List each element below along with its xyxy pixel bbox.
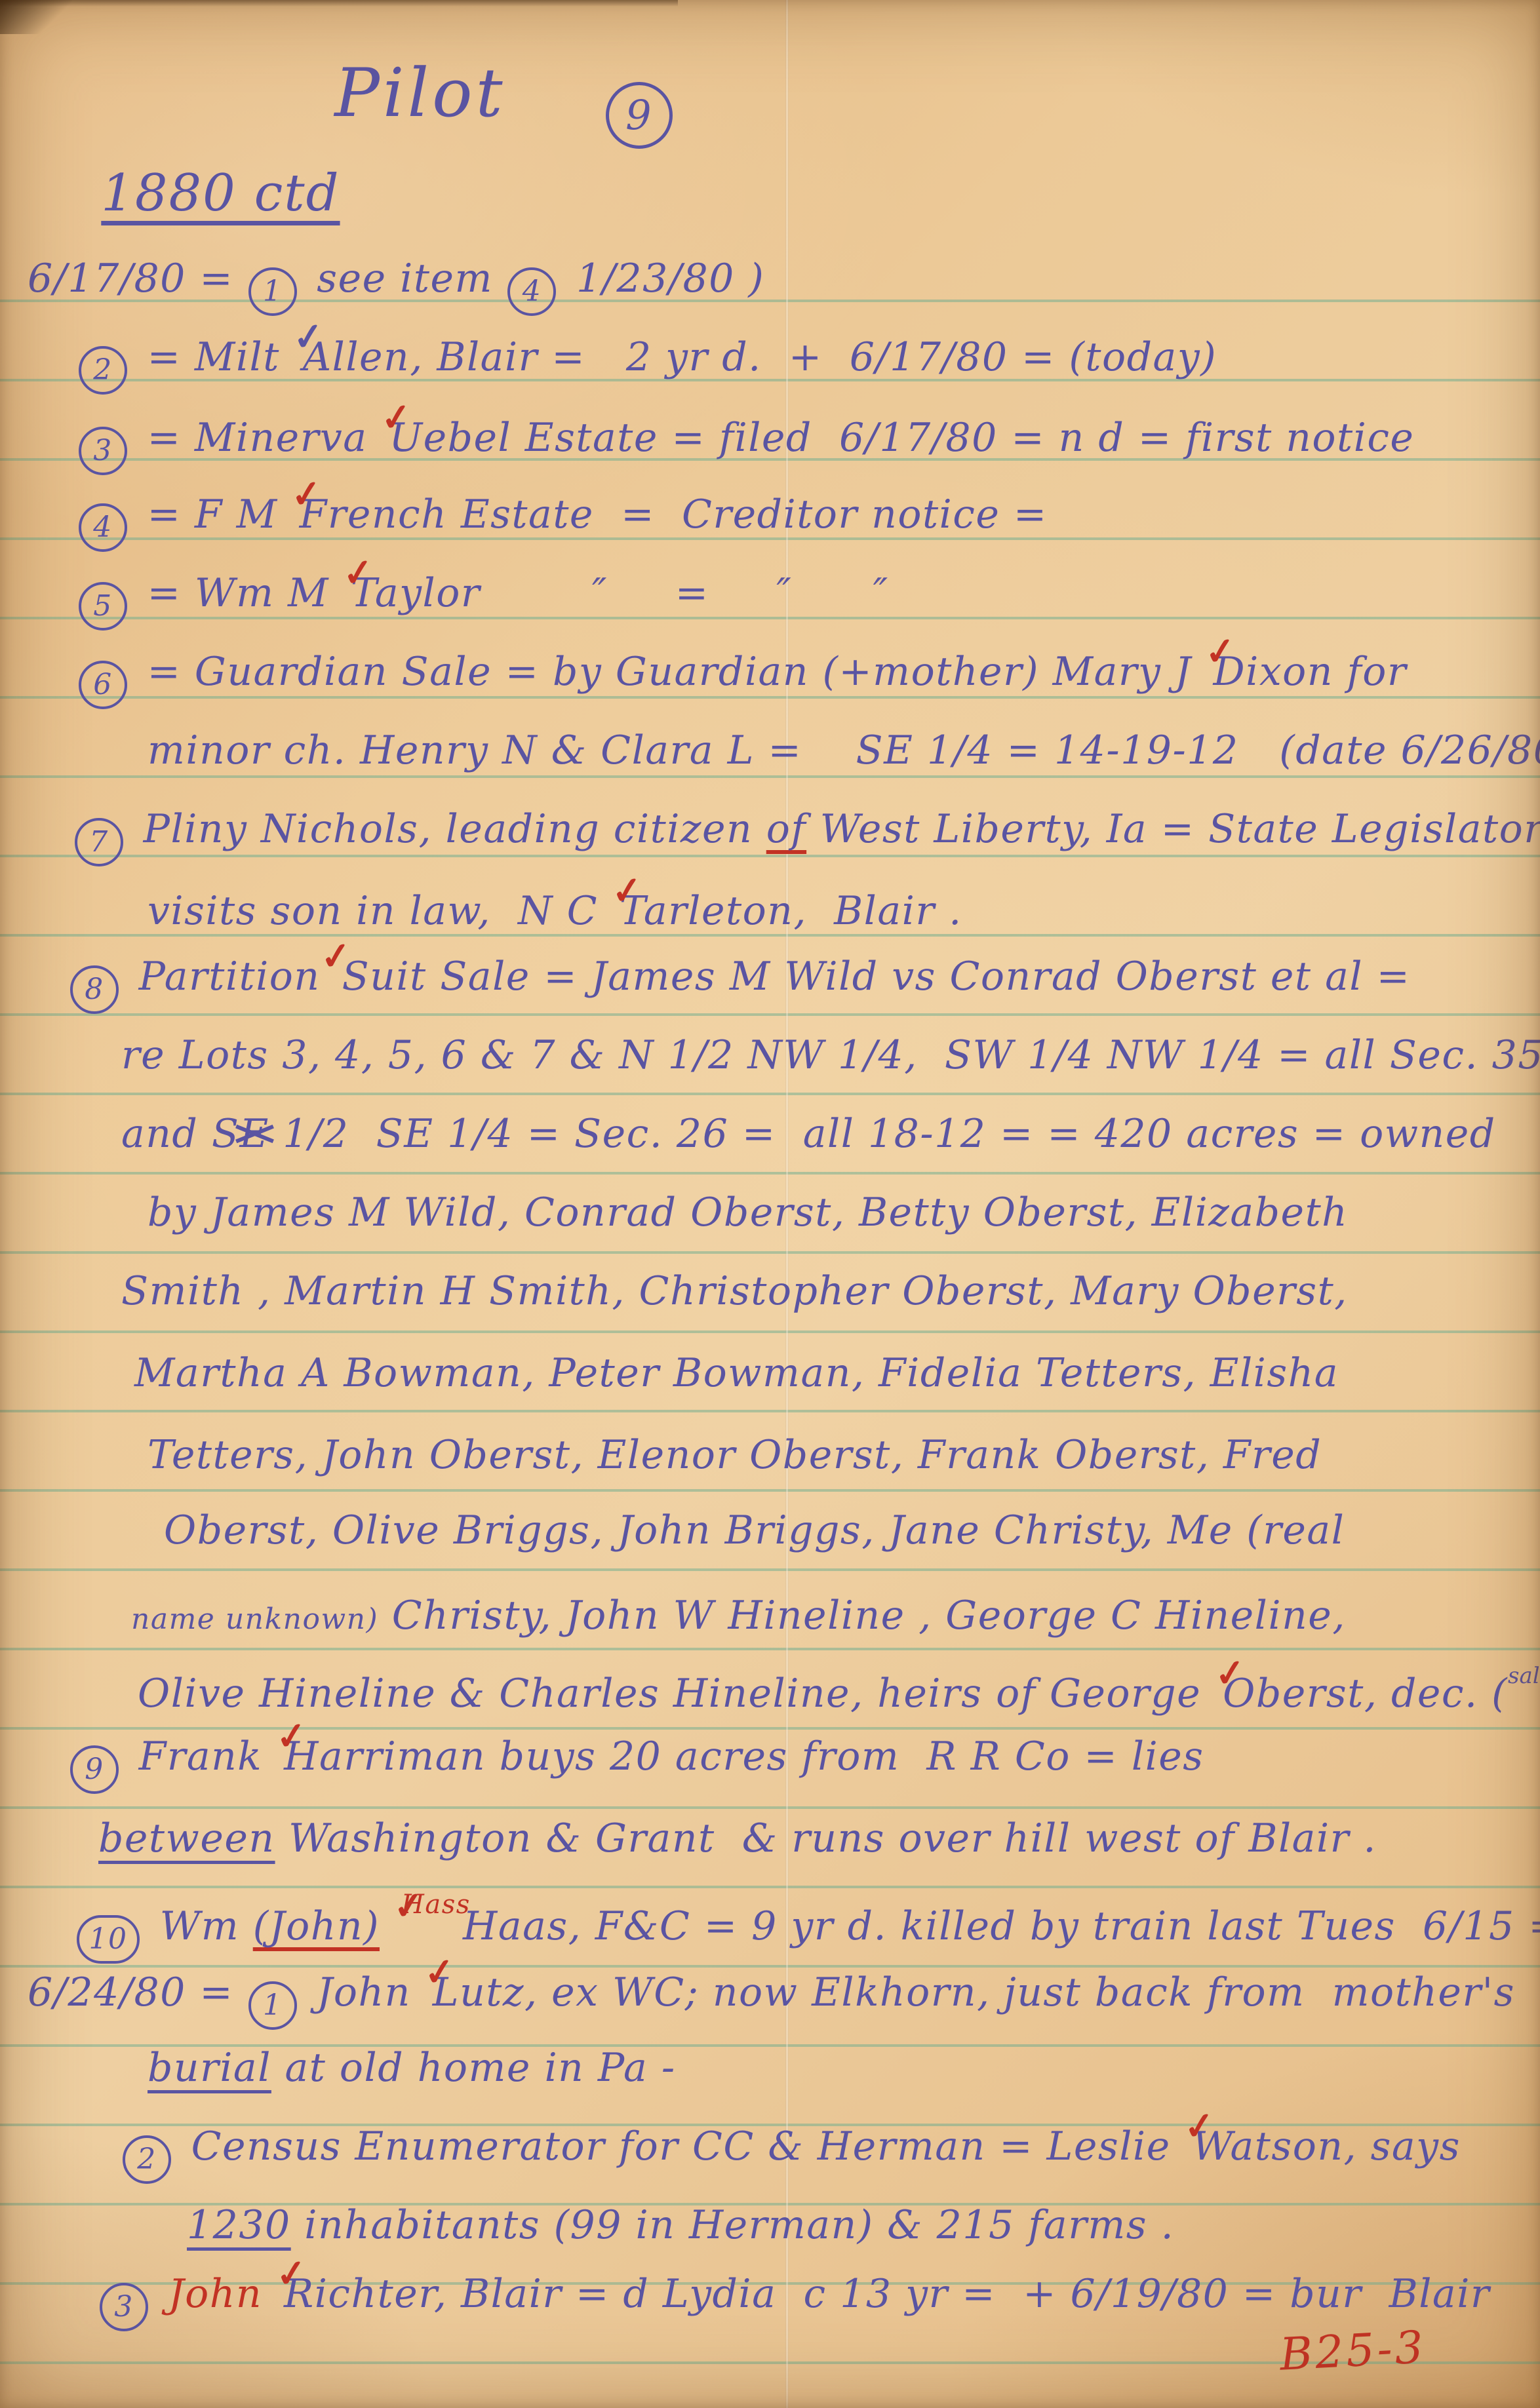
ink-text xyxy=(380,1903,393,1949)
handwritten-line: 9 Frank ✓Harriman buys 20 acres from R R… xyxy=(69,1737,1204,1794)
footer-code: B25-3 xyxy=(1278,2321,1427,2381)
ink-text: Richter, Blair = d Lydia c 13 yr = + 6/1… xyxy=(284,2271,1490,2317)
item-number-badge: 4 xyxy=(507,267,556,316)
ink-text: Tarleton, Blair . xyxy=(620,888,962,934)
handwritten-line: 6/17/80 = 1 see item 4 1/23/80 ) xyxy=(28,259,764,316)
ink-text: Census Enumerator for CC & Herman = Lesl… xyxy=(178,2124,1184,2169)
handwritten-line: and SE 1/2 SE 1/4 = Sec. 26 = all 18-12 … xyxy=(121,1114,1496,1154)
item-number-badge: 2 xyxy=(123,2135,171,2184)
ink-text: Lutz, ex WC; now Elkhorn, just back from… xyxy=(433,1970,1515,2015)
item-number-badge: 8 xyxy=(70,965,119,1014)
item-number-badge: 3 xyxy=(79,427,127,475)
handwritten-line: 7 Pliny Nichols, leading citizen of West… xyxy=(73,809,1540,866)
handwritten-line: re Lots 3, 4, 5, 6 & 7 & N 1/2 NW 1/4, S… xyxy=(121,1036,1540,1075)
ink-text: = Wm M xyxy=(134,570,343,616)
item-number-badge: 9 xyxy=(70,1745,119,1794)
ink-text: at old home in Pa - xyxy=(271,2045,676,2091)
ink-text: 1/2 SE 1/4 = Sec. 26 = all 18-12 = = 420… xyxy=(269,1111,1496,1157)
item-number-badge: 5 xyxy=(79,582,127,631)
ink-text: Harriman buys 20 acres from R R Co = lie… xyxy=(284,1734,1204,1779)
underlined-text: between xyxy=(98,1816,275,1861)
superscript-text: sale xyxy=(1508,1663,1540,1689)
ink-text: 1/23/80 ) xyxy=(563,256,764,301)
crossed-out-text: E xyxy=(240,1111,269,1157)
page-title: Pilot xyxy=(334,54,505,132)
ink-text: Martha A Bowman, Peter Bowman, Fidelia T… xyxy=(134,1350,1339,1396)
handwritten-line: 2 Census Enumerator for CC & Herman = Le… xyxy=(121,2127,1461,2184)
handwritten-line: 8 Partition✓ Suit Sale = James M Wild vs… xyxy=(69,957,1410,1014)
ink-text: Wm xyxy=(146,1903,253,1949)
notebook-page: Pilot9 1880 ctd 6/17/80 = 1 see item 4 1… xyxy=(0,0,1540,2408)
red-underlined-text: of xyxy=(766,806,806,852)
handwritten-line: 5 = Wm M ✓Taylor″ = ″ ″ xyxy=(77,573,889,631)
blue-checkmark-icon: ✓ xyxy=(292,317,327,357)
red-checkmark-icon: ✓ xyxy=(289,475,325,515)
red-checkmark-icon: ✓ xyxy=(1182,2107,1217,2146)
handwritten-line: 3 John ✓Richter, Blair = d Lydia c 13 yr… xyxy=(98,2274,1490,2331)
item-number-badge: 7 xyxy=(75,818,123,866)
handwritten-line: 6 = Guardian Sale = by Guardian (+mother… xyxy=(77,652,1407,709)
ink-text: minor ch. Henry N & Clara L = SE 1/4 = 1… xyxy=(148,728,1540,773)
handwritten-line: 1230 inhabitants (99 in Herman) & 215 fa… xyxy=(187,2205,1174,2245)
red-checkmark-icon: ✓ xyxy=(610,871,645,911)
handwritten-line: 3 = Minerva ✓Uebel Estate = filed 6/17/8… xyxy=(77,418,1414,475)
page-number-badge: 9 xyxy=(606,82,673,149)
section-heading: 1880 ctd xyxy=(101,164,340,223)
ink-text: Oberst, dec. ( xyxy=(1223,1671,1508,1717)
ink-text: = F M xyxy=(134,492,291,537)
ink-text: Suit Sale = James M Wild vs Conrad Obers… xyxy=(328,954,1410,1000)
handwritten-line: burial at old home in Pa - xyxy=(148,2048,676,2088)
ink-text: Haas, F&C = 9 yr d. killed by train last… xyxy=(463,1903,1540,1949)
handwritten-line: Tetters, John Oberst, Elenor Oberst, Fra… xyxy=(148,1435,1322,1475)
ink-text: Frank xyxy=(125,1734,276,1779)
ink-text xyxy=(155,2271,168,2317)
red-underlined-text: (John) xyxy=(253,1903,380,1949)
handwritten-line: between Washington & Grant & runs over h… xyxy=(98,1819,1377,1858)
ink-text: Partition xyxy=(125,954,321,1000)
ink-text: re Lots 3, 4, 5, 6 & 7 & N 1/2 NW 1/4, S… xyxy=(121,1032,1540,1078)
item-number-badge: 2 xyxy=(79,346,127,395)
red-checkmark-icon: ✓ xyxy=(341,553,376,593)
red-checkmark-icon: ✓ xyxy=(319,937,354,977)
handwritten-line: Oberst, Olive Briggs, John Briggs, Jane … xyxy=(164,1511,1345,1550)
ink-text: = Guardian Sale = by Guardian (+mother) … xyxy=(134,649,1205,695)
handwritten-line: 4 = F M ✓French Estate = Creditor notice… xyxy=(77,495,1048,552)
page-header: Pilot9 xyxy=(281,21,679,188)
ink-text: Christy, John W Hineline , George C Hine… xyxy=(378,1593,1346,1639)
ink-text: = Minerva xyxy=(134,415,381,461)
ink-text: Olive Hineline & Charles Hineline, heirs… xyxy=(138,1671,1215,1717)
small-text: name unknown) xyxy=(131,1602,378,1636)
ink-text: and S xyxy=(121,1111,240,1157)
ink-text: Tetters, John Oberst, Elenor Oberst, Fra… xyxy=(148,1432,1322,1478)
ink-text: by James M Wild, Conrad Oberst, Betty Ob… xyxy=(148,1190,1348,1235)
ink-text: Pliny Nichols, leading citizen xyxy=(130,806,766,852)
red-checkmark-icon: ✓ xyxy=(274,1717,309,1757)
ink-text: inhabitants (99 in Herman) & 215 farms . xyxy=(291,2202,1175,2248)
ink-text: Dixon for xyxy=(1214,649,1407,695)
red-checkmark-icon: ✓ xyxy=(1213,1654,1248,1694)
handwritten-line: Martha A Bowman, Peter Bowman, Fidelia T… xyxy=(134,1353,1339,1393)
ink-text: see item xyxy=(304,256,507,301)
red-ink-text: John xyxy=(168,2271,276,2317)
handwritten-line: visits son in law, N C ✓Tarleton, Blair … xyxy=(148,891,962,931)
scan-top-edge-shadow xyxy=(0,0,678,7)
handwritten-line: 6/24/80 = 1 John ✓Lutz, ex WC; now Elkho… xyxy=(28,1973,1515,2030)
item-number-badge: 1 xyxy=(248,1981,297,2030)
section-heading-line: 1880 ctd xyxy=(47,128,340,258)
item-number-badge: 10 xyxy=(77,1915,140,1964)
red-checkmark-icon: ✓ xyxy=(1203,632,1238,672)
ink-text: Allen, Blair = 2 yr d. + 6/17/80 = (toda… xyxy=(303,334,1217,380)
ink-text: 6/24/80 = xyxy=(28,1970,247,2015)
ink-text: ″ = ″ ″ xyxy=(592,570,889,616)
underlined-text: burial xyxy=(148,2045,271,2091)
red-checkmark-icon: ✓ xyxy=(423,1952,458,1992)
ink-text: Watson, says xyxy=(1193,2124,1461,2169)
handwritten-line: Smith , Martin H Smith, Christopher Ober… xyxy=(121,1272,1348,1311)
item-number-badge: 4 xyxy=(79,503,127,552)
item-number-badge: 1 xyxy=(248,267,297,316)
item-number-badge: 6 xyxy=(79,661,127,709)
ink-text: Washington & Grant & runs over hill west… xyxy=(275,1816,1377,1861)
item-number-badge: 3 xyxy=(100,2283,148,2331)
underlined-text: 1230 xyxy=(187,2202,291,2248)
red-checkmark-icon: ✓ xyxy=(379,398,414,438)
ink-text: Smith , Martin H Smith, Christopher Ober… xyxy=(121,1268,1348,1314)
handwritten-line: 2 = Milt ✓Allen, Blair = 2 yr d. + 6/17/… xyxy=(77,338,1217,395)
red-checkmark-icon: ✓ xyxy=(274,2254,309,2294)
ink-text: French Estate = Creditor notice = xyxy=(300,492,1048,537)
red-correction-text: Hass xyxy=(401,1892,480,1918)
ink-text: 6/17/80 = xyxy=(28,256,247,301)
ink-text: John xyxy=(304,1970,425,2015)
handwritten-line: name unknown) Christy, John W Hineline ,… xyxy=(131,1596,1346,1635)
ink-text: Oberst, Olive Briggs, John Briggs, Jane … xyxy=(164,1507,1345,1553)
handwritten-line: by James M Wild, Conrad Oberst, Betty Ob… xyxy=(148,1193,1348,1232)
ink-text: = Milt xyxy=(134,334,293,380)
handwritten-line: 10 Wm (John) ✓Hass Haas, F&C = 9 yr d. k… xyxy=(75,1897,1540,1964)
ink-text: West Liberty, Ia = State Legislator, xyxy=(806,806,1540,852)
handwritten-line: Olive Hineline & Charles Hineline, heirs… xyxy=(138,1665,1540,1713)
ink-text: visits son in law, N C xyxy=(148,888,612,934)
ink-text: Uebel Estate = filed 6/17/80 = n d = fir… xyxy=(389,415,1415,461)
handwritten-line: minor ch. Henry N & Clara L = SE 1/4 = 1… xyxy=(148,731,1540,770)
